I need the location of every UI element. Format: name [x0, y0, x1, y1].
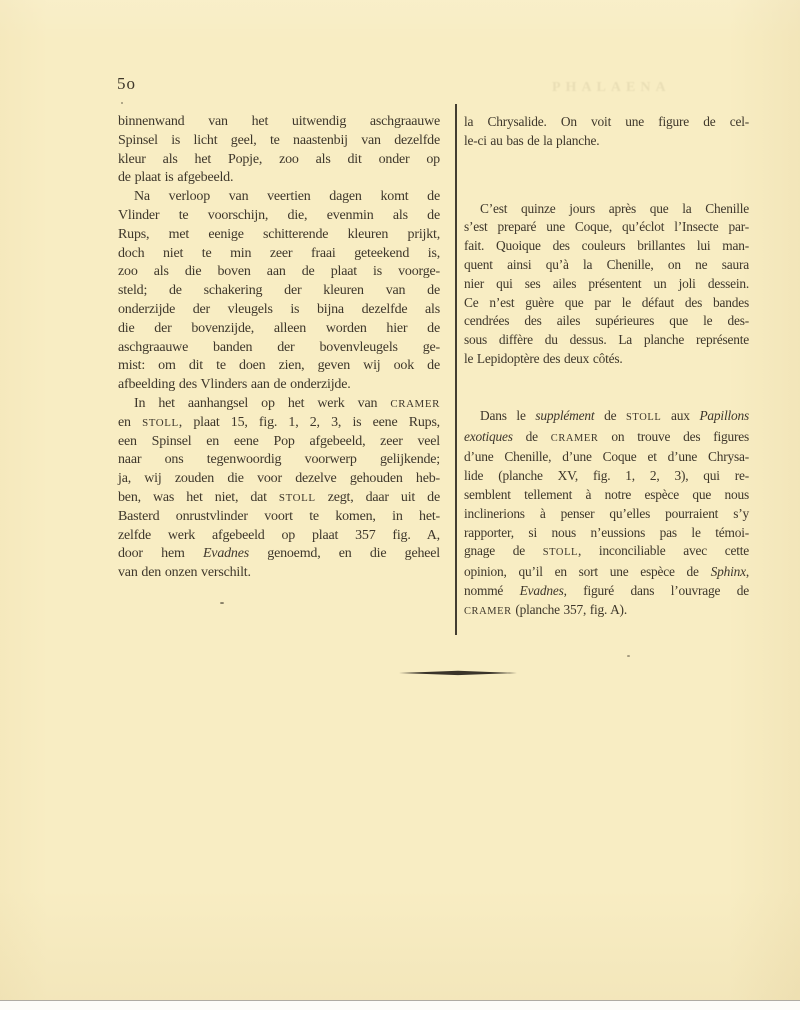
paragraph: Na verloop van veertien dagen komt deVli…: [118, 188, 440, 395]
text-line: Vlinder te voorschijn, die, evenmin als …: [118, 207, 440, 226]
text-line: C’est quinze jours après que la Chenille: [464, 200, 749, 219]
text-line: nier qui ses ailes présentent un joli de…: [464, 275, 749, 294]
text-line: zoo als die boven aan de plaat is voorge…: [118, 263, 440, 282]
right-column-french-text: la Chrysalide. On voit une figure de cel…: [464, 113, 749, 622]
text-line: die der bovenzijde, alleen worden hier d…: [118, 320, 440, 339]
column-divider-rule: [455, 104, 457, 635]
scan-bottom-edge: [0, 1000, 800, 1010]
text-line: inclinerions à penser qu’elles pourraien…: [464, 505, 749, 524]
text-line: In het aanhangsel op het werk van CRAMER: [118, 395, 440, 414]
ink-speck: [121, 102, 123, 104]
left-column-dutch-text: binnenwand van het uitwendig aschgraauwe…: [118, 113, 440, 583]
text-line: van den onzen verschilt.: [118, 564, 440, 583]
text-line: binnenwand van het uitwendig aschgraauwe: [118, 113, 440, 132]
text-line: s’est preparé une Coque, qu’éclot l’Inse…: [464, 218, 749, 237]
paragraph: la Chrysalide. On voit une figure de cel…: [464, 113, 749, 151]
text-line: en STOLL, plaat 15, fig. 1, 2, 3, is een…: [118, 414, 440, 433]
text-line: Na verloop van veertien dagen komt de: [118, 188, 440, 207]
text-line: de plaat is afgebeeld.: [118, 169, 440, 188]
text-line: CRAMER (planche 357, fig. A).: [464, 601, 749, 622]
text-line: door hem Evadnes genoemd, en die geheel: [118, 545, 440, 564]
text-line: gnage de STOLL, inconciliable avec cette: [464, 542, 749, 563]
text-line: Ce n’est guère que par le défaut des ban…: [464, 294, 749, 313]
text-line: d’une Chenille, d’une Coque et d’une Chr…: [464, 448, 749, 467]
text-line: semblent tellement à notre espèce que no…: [464, 486, 749, 505]
text-line: la Chrysalide. On voit une figure de cel…: [464, 113, 749, 132]
text-line: exotiques de CRAMER on trouve des figure…: [464, 428, 749, 449]
text-line: afbeelding des Vlinders aan de onderzijd…: [118, 376, 440, 395]
text-line: onderzijde der vleugels is bijna dezelfd…: [118, 301, 440, 320]
text-line: kleur als het Popje, zoo als dit onder o…: [118, 151, 440, 170]
text-line: naar ons tegenwoordig voorwerp gelijkend…: [118, 451, 440, 470]
text-line: quent ainsi qu’à la Chenille, on ne saur…: [464, 256, 749, 275]
text-line: ja, wij zouden die voor dezelve gehouden…: [118, 470, 440, 489]
swelled-end-rule: [399, 670, 517, 676]
paragraph: binnenwand van het uitwendig aschgraauwe…: [118, 113, 440, 188]
text-line: fait. Quoique des couleurs brillantes lu…: [464, 237, 749, 256]
text-line: le-ci au bas de la planche.: [464, 132, 749, 151]
text-line: Basterd onrustvlinder voort te komen, in…: [118, 508, 440, 527]
text-line: opinion, qu’il en sort une espèce de Sph…: [464, 563, 749, 582]
page-number: 5o: [117, 74, 136, 94]
paragraph: In het aanhangsel op het werk van CRAMER…: [118, 395, 440, 583]
text-line: Dans le supplément de STOLL aux Papillon…: [464, 407, 749, 428]
paragraph: Dans le supplément de STOLL aux Papillon…: [464, 407, 749, 622]
text-line: Rups, met eenige schitterende kleuren pr…: [118, 226, 440, 245]
paragraph: C’est quinze jours après que la Chenille…: [464, 200, 749, 369]
text-line: aschgraauwe banden der bovenvleugels ge-: [118, 339, 440, 358]
text-line: mist: om dit te doen zien, geven wij ook…: [118, 357, 440, 376]
text-line: Spinsel is licht geel, te naastenbij van…: [118, 132, 440, 151]
ink-speck: [627, 655, 630, 657]
text-line: steld; de schakering der kleuren van de: [118, 282, 440, 301]
text-line: nommé Evadnes, figuré dans l’ouvrage de: [464, 582, 749, 601]
text-line: cendrées des ailes supérieures que le de…: [464, 312, 749, 331]
text-line: zelfde werk afgebeeld op plaat 357 fig. …: [118, 527, 440, 546]
text-line: rapporter, si nous n’eussions pas le tém…: [464, 524, 749, 543]
text-line: een Spinsel en eene Pop afgebeeld, zeer …: [118, 433, 440, 452]
showthrough-text: PHALAENA: [552, 80, 772, 96]
text-line: doch niet te min zeer fraai geteekend is…: [118, 245, 440, 264]
ink-speck: [220, 602, 224, 604]
text-line: sous diffère du dessus. La planche repré…: [464, 331, 749, 350]
text-line: le Lepidoptère des deux côtés.: [464, 350, 749, 369]
text-line: lide (planche XV, fig. 1, 2, 3), qui re-: [464, 467, 749, 486]
text-line: ben, was het niet, dat STOLL zegt, daar …: [118, 489, 440, 508]
